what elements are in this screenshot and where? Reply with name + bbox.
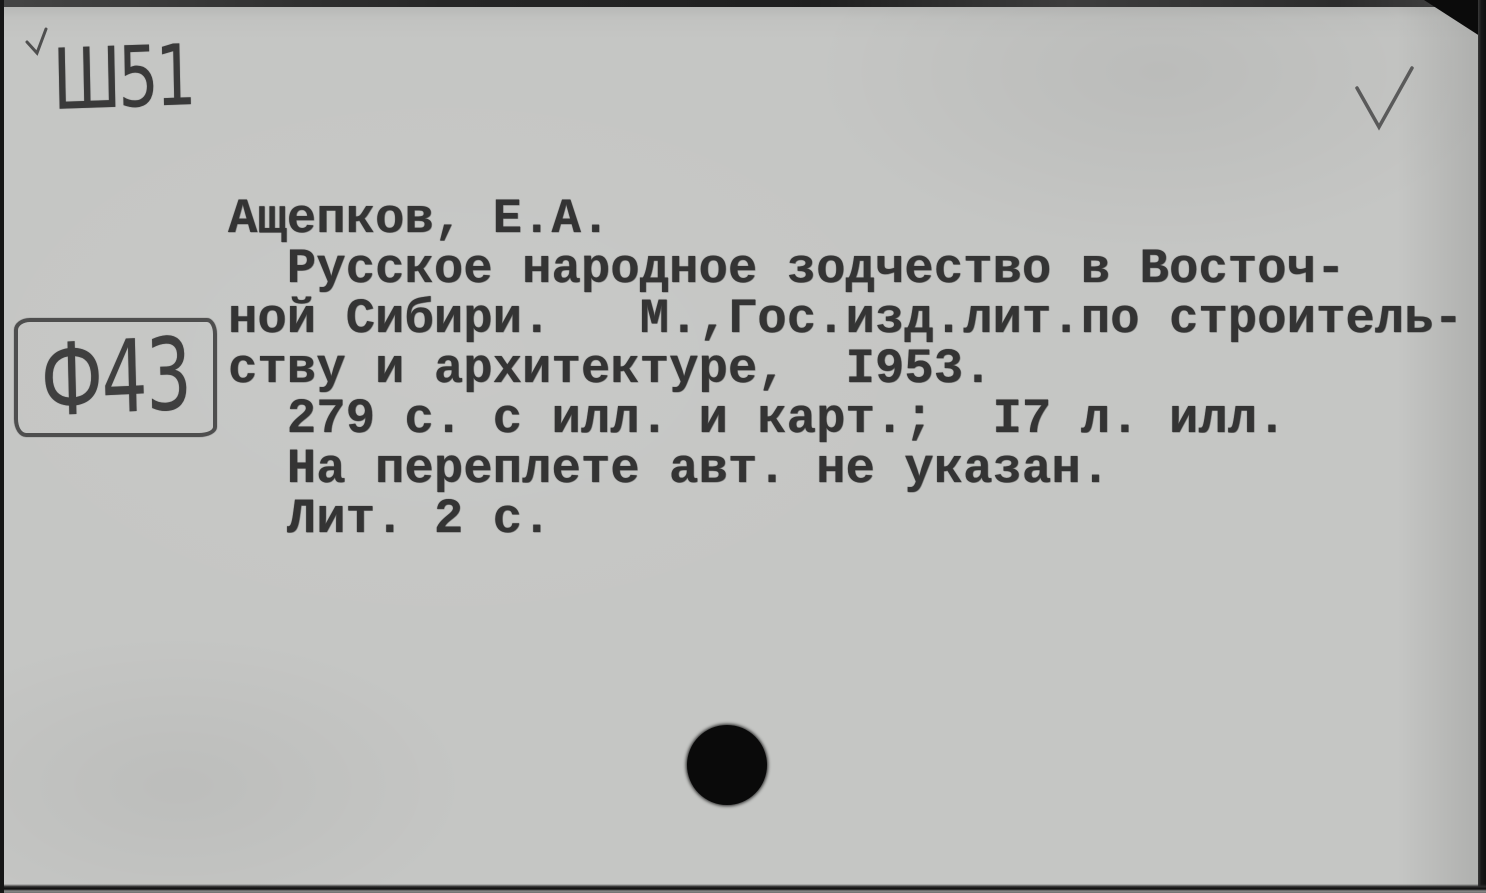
scan-edge-right (1478, 0, 1486, 893)
record-line: 279 с. с илл. и карт.; I7 л. илл. (228, 394, 1463, 444)
punch-hole (687, 725, 767, 805)
scan-edge-left (0, 0, 4, 893)
record-line: ству и архитектуре, I953. (228, 344, 1463, 394)
scan-edge-bottom (0, 884, 1486, 893)
record-line: Ащепков, Е.А. (228, 194, 1463, 244)
accession-number-handwritten: Ф43 (40, 324, 192, 431)
record-line: На переплете авт. не указан. (228, 444, 1463, 494)
shelfmark-handwritten: Ш51 (52, 33, 194, 122)
bibliographic-record: Ащепков, Е.А.Русское народное зодчество … (228, 194, 1463, 544)
record-line: Лит. 2 с. (228, 494, 1463, 544)
record-line: Русское народное зодчество в Восточ- (228, 244, 1463, 294)
record-line: ной Сибири. М.,Гос.изд.лит.по строитель- (228, 294, 1463, 344)
accession-number-box: Ф43 (14, 318, 217, 437)
catalog-card-scan: Ш51 Ф43 Ащепков, Е.А.Русское народное зо… (0, 0, 1486, 893)
scan-edge-top (0, 0, 1486, 7)
